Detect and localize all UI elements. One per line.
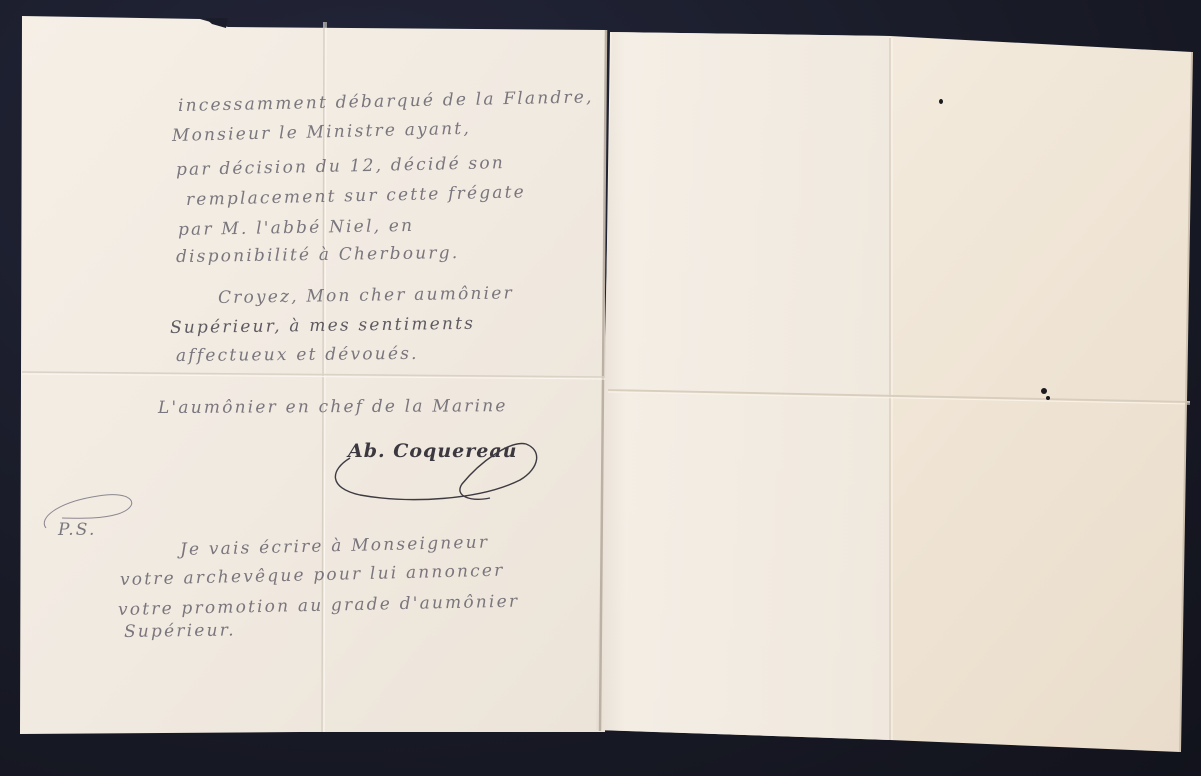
letter-paper bbox=[0, 0, 1201, 776]
paper-sheet-shape bbox=[0, 0, 1201, 776]
